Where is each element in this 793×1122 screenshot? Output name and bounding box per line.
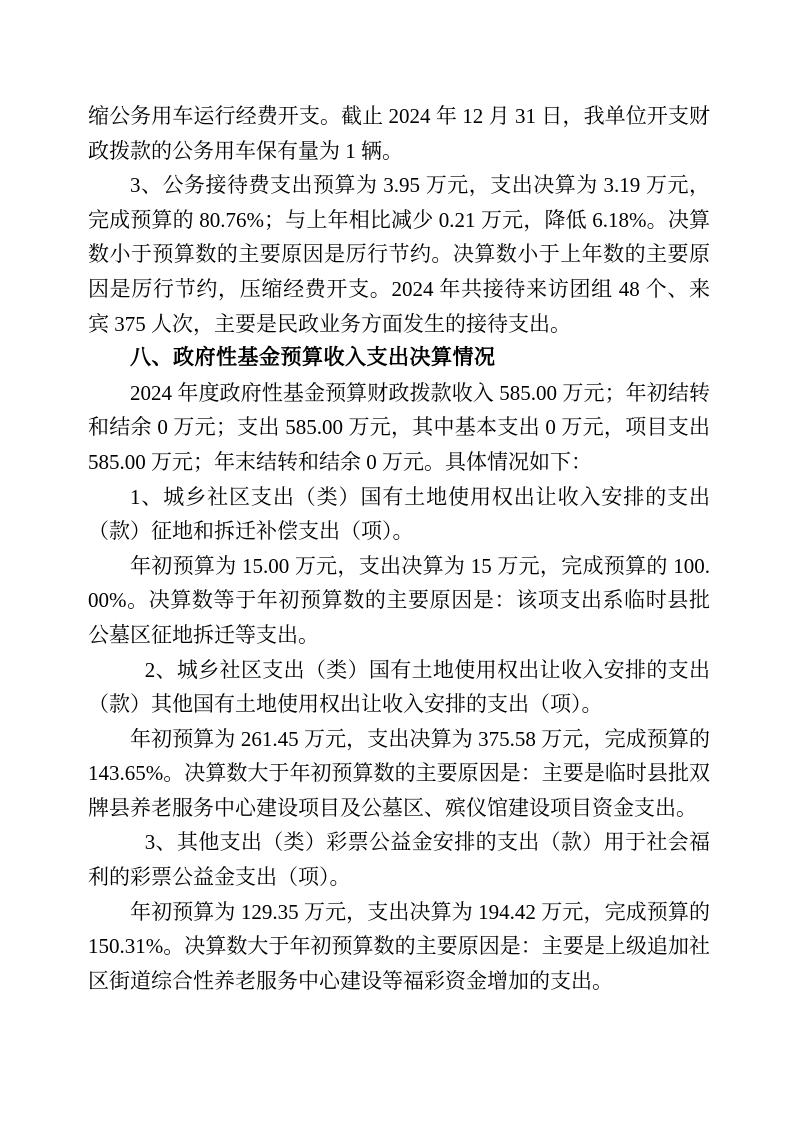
paragraph: 2024 年度政府性基金预算财政拨款收入 585.00 万元；年初结转和结余 0… [88,376,710,480]
paragraph: 3、其他支出（类）彩票公益金安排的支出（款）用于社会福利的彩票公益金支出（项）。 [88,825,710,894]
document-page: 缩公务用车运行经费开支。截止 2024 年 12 月 31 日，我单位开支财政拨… [0,0,793,1122]
paragraph: 3、公务接待费支出预算为 3.95 万元，支出决算为 3.19 万元，完成预算的… [88,168,710,341]
paragraph: 2、城乡社区支出（类）国有土地使用权出让收入安排的支出（款）其他国有土地使用权出… [88,653,710,722]
paragraph: 1、城乡社区支出（类）国有土地使用权出让收入安排的支出（款）征地和拆迁补偿支出（… [88,480,710,549]
document-body: 缩公务用车运行经费开支。截止 2024 年 12 月 31 日，我单位开支财政拨… [88,99,710,998]
paragraph: 年初预算为 129.35 万元，支出决算为 194.42 万元，完成预算的 15… [88,895,710,999]
paragraph: 年初预算为 261.45 万元，支出决算为 375.58 万元，完成预算的 14… [88,722,710,826]
section-heading: 八、政府性基金预算收入支出决算情况 [88,341,710,376]
paragraph: 年初预算为 15.00 万元，支出决算为 15 万元，完成预算的 100.00%… [88,549,710,653]
paragraph: 缩公务用车运行经费开支。截止 2024 年 12 月 31 日，我单位开支财政拨… [88,99,710,168]
